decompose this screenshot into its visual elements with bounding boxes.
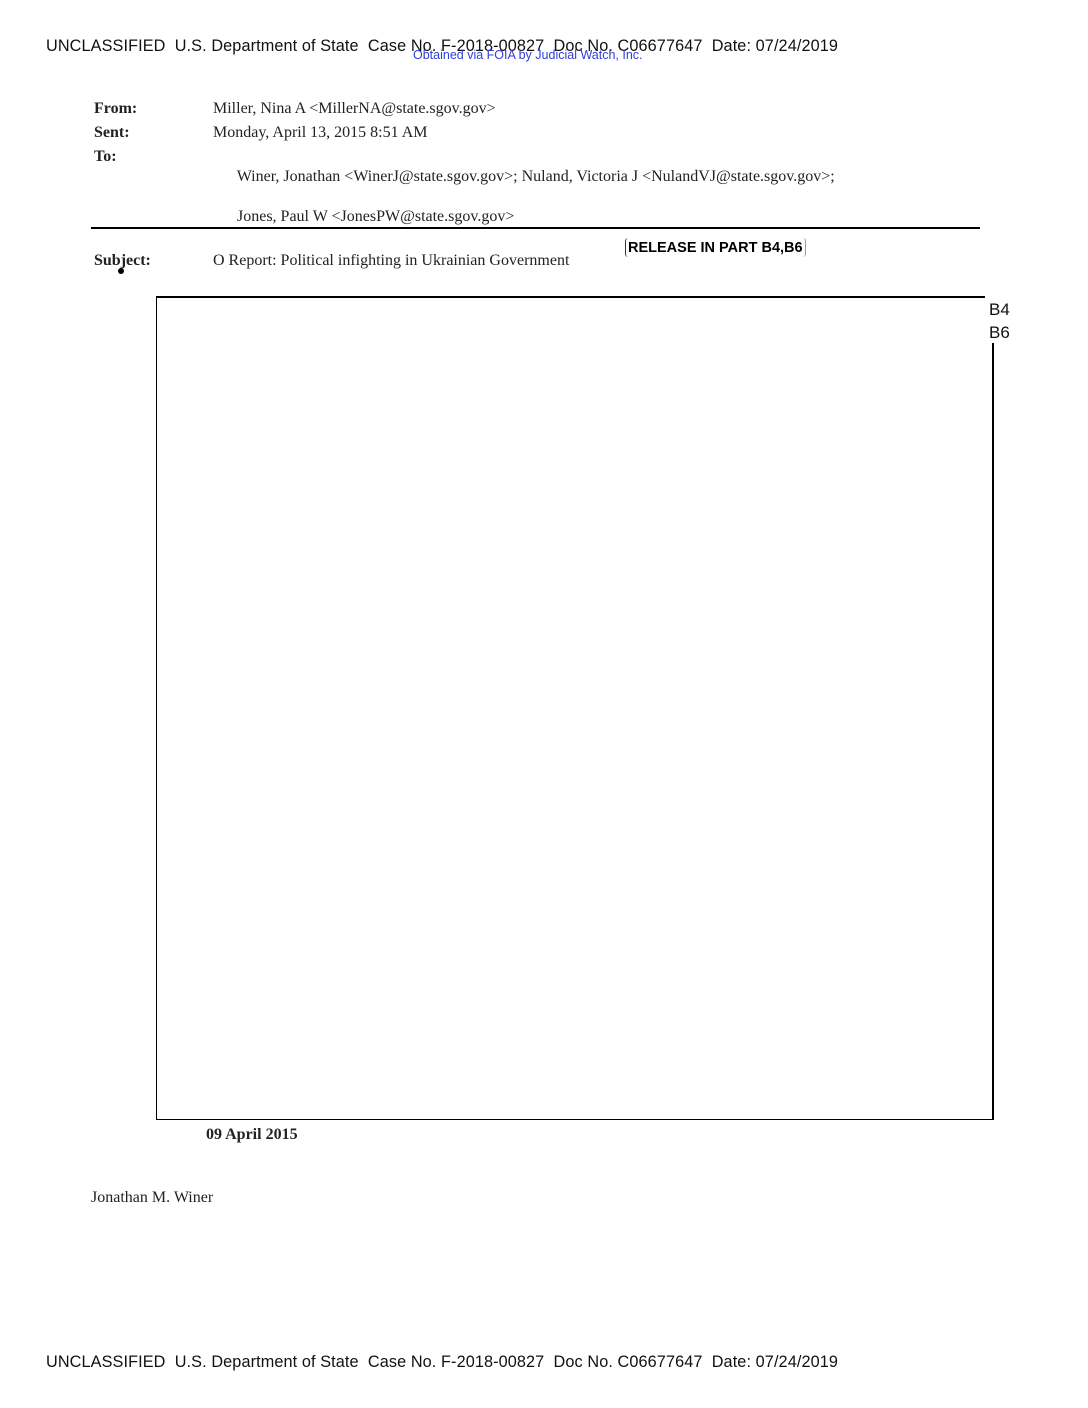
- header-divider: [91, 227, 980, 229]
- redaction-box-right-edge: [992, 343, 994, 1120]
- to-value: Winer, Jonathan <WinerJ@state.sgov.gov>;…: [213, 147, 835, 247]
- classification-banner-bottom: UNCLASSIFIED U.S. Department of State Ca…: [46, 1353, 838, 1372]
- foia-watermark: Obtained via FOIA by Judicial Watch, Inc…: [413, 48, 643, 62]
- to-label: To:: [94, 147, 213, 247]
- sent-label: Sent:: [94, 121, 213, 145]
- bullet-icon: [118, 268, 124, 274]
- release-stamp: RELEASE IN PART B4,B6: [625, 238, 806, 257]
- subject-value: O Report: Political infighting in Ukrain…: [213, 249, 569, 273]
- to-value-line2: Jones, Paul W <JonesPW@state.sgov.gov>: [237, 208, 514, 225]
- redaction-box-top-edge: [156, 296, 985, 298]
- from-label: From:: [94, 97, 213, 121]
- signature: Jonathan M. Winer: [91, 1189, 213, 1207]
- exemption-code: B6: [989, 321, 1010, 344]
- header-from: From: Miller, Nina A <MillerNA@state.sgo…: [94, 97, 835, 121]
- from-value: Miller, Nina A <MillerNA@state.sgov.gov>: [213, 97, 496, 121]
- report-date: 09 April 2015: [206, 1126, 298, 1144]
- header-sent: Sent: Monday, April 13, 2015 8:51 AM: [94, 121, 835, 145]
- exemption-codes: B4 B6: [989, 298, 1010, 344]
- exemption-code: B4: [989, 298, 1010, 321]
- sent-value: Monday, April 13, 2015 8:51 AM: [213, 121, 428, 145]
- to-value-line1: Winer, Jonathan <WinerJ@state.sgov.gov>;…: [237, 168, 835, 185]
- header-to: To: Winer, Jonathan <WinerJ@state.sgov.g…: [94, 145, 835, 249]
- subject-label: Subject:: [94, 249, 213, 273]
- redaction-box: [156, 296, 993, 1120]
